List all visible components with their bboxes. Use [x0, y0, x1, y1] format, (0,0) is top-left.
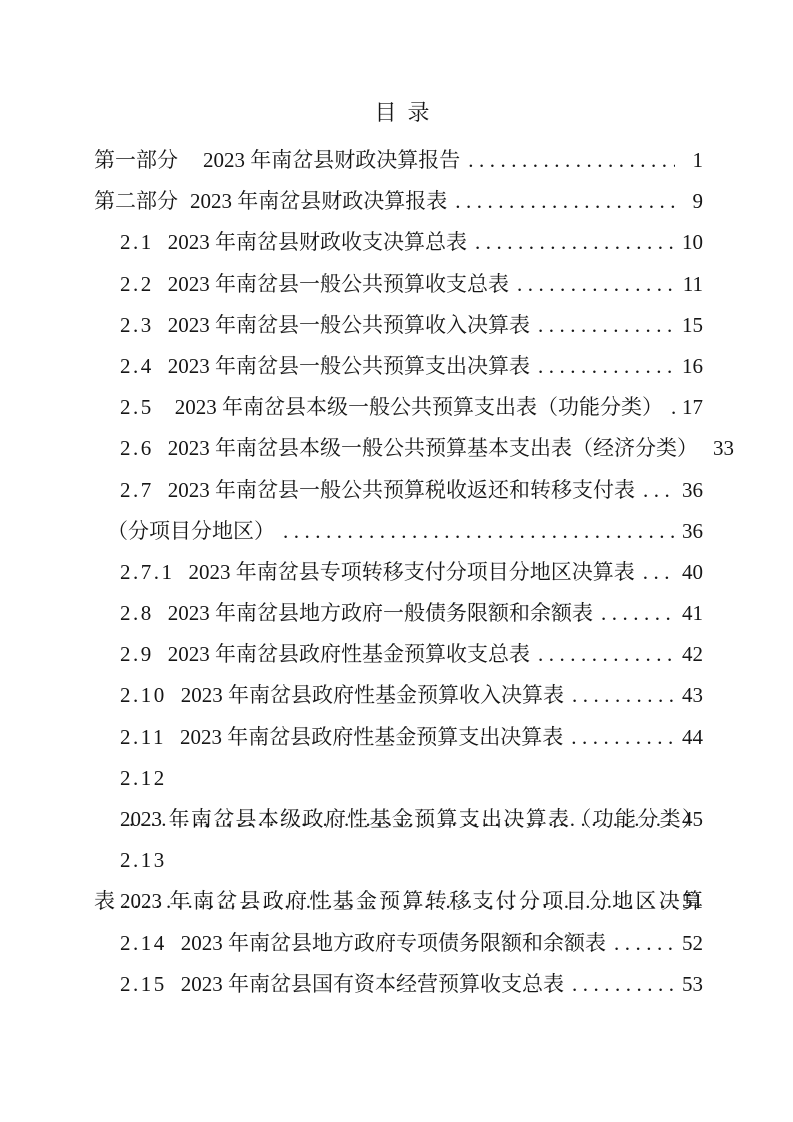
toc-entry-label: 2.3: [120, 305, 154, 346]
dot-leader: .: [671, 387, 675, 428]
toc-entry: 2.13 2023 年南岔县政府性基金预算转移支付分项目分地区决算: [94, 840, 703, 881]
toc-entry-title: 2023 年南岔县一般公共预算收入决算表: [168, 305, 530, 346]
toc-entry-page: 1: [681, 140, 703, 181]
toc-entry-page: 9: [681, 181, 703, 222]
toc-entry-title: 2023 年南岔县本级一般公共预算支出表（功能分类）: [175, 387, 663, 428]
toc-entry-page: 11: [681, 264, 703, 305]
toc-entry: 2.14 2023 年南岔县地方政府专项债务限额和余额表 ...........…: [94, 923, 703, 964]
toc-entry-label: 2.11: [120, 717, 166, 758]
dot-leader: ........................................…: [643, 470, 675, 511]
toc-entry-label: 第二部分: [94, 181, 178, 222]
toc-entry-page: 40: [681, 552, 703, 593]
toc-entry: 第二部分 2023 年南岔县财政决算报表 ...................…: [94, 181, 703, 222]
toc-entry-label: 2.2: [120, 264, 154, 305]
dot-leader: ........................................…: [643, 552, 675, 593]
toc-entry-label: 2.7.1: [120, 552, 175, 593]
dot-leader: ........................................…: [468, 140, 675, 181]
toc-entry-label: 2.6: [120, 428, 154, 469]
toc-entry-page: 36: [681, 470, 703, 511]
toc-entry: 第一部分 2023 年南岔县财政决算报告 ...................…: [94, 140, 703, 181]
toc-entry: 2.6 2023 年南岔县本级一般公共预算基本支出表（经济分类） 33: [94, 428, 703, 469]
toc-entry-label: 2.12: [120, 766, 167, 790]
toc-entry-title: 2023 年南岔县一般公共预算收支总表: [168, 264, 509, 305]
toc-entry-label: 2.8: [120, 593, 154, 634]
table-of-contents: 第一部分 2023 年南岔县财政决算报告 ...................…: [94, 140, 703, 1005]
toc-entry: 2.15 2023 年南岔县国有资本经营预算收支总表 .............…: [94, 964, 703, 1005]
toc-entry-title: 2023 年南岔县财政决算报告: [203, 140, 460, 181]
toc-entry-title: （分项目分地区）: [107, 511, 275, 552]
dot-leader: ........................................…: [538, 305, 675, 346]
toc-entry-page: 17: [681, 387, 703, 428]
toc-entry-label: 2.13: [120, 848, 167, 872]
toc-entry-continuation: 表 ......................................…: [94, 881, 703, 922]
toc-entry-label: 2.4: [120, 346, 154, 387]
toc-entry: 2.8 2023 年南岔县地方政府一般债务限额和余额表 ............…: [94, 593, 703, 634]
toc-entry-title: 2023 年南岔县政府性基金预算收入决算表: [181, 675, 564, 716]
toc-entry-title: 2023 年南岔县政府性基金预算收支总表: [168, 634, 530, 675]
toc-entry: 2.5 2023 年南岔县本级一般公共预算支出表（功能分类） . 17: [94, 387, 703, 428]
toc-entry-title: 2023 年南岔县专项转移支付分项目分地区决算表: [189, 552, 635, 593]
toc-entry-page: 43: [681, 675, 703, 716]
toc-entry-page: 36: [681, 511, 703, 552]
toc-entry-page: 33: [712, 428, 734, 469]
dot-leader: ........................................…: [601, 593, 675, 634]
toc-entry-page: 52: [681, 923, 703, 964]
toc-entry-page: 15: [681, 305, 703, 346]
document-page: 目录 第一部分 2023 年南岔县财政决算报告 ................…: [0, 0, 793, 1122]
dot-leader: ........................................…: [614, 923, 675, 964]
toc-entry-title: 2023 年南岔县政府性基金预算支出决算表: [180, 717, 563, 758]
toc-entry: 2.12 2023 年南岔县本级政府性基金预算支出决算表（功能分类）: [94, 758, 703, 799]
toc-entry-title: 2023 年南岔县财政收支决算总表: [168, 222, 467, 263]
toc-entry-label: 2.15: [120, 964, 167, 1005]
toc-entry-label: 2.1: [120, 222, 154, 263]
dot-leader: ........................................…: [517, 264, 675, 305]
toc-entry-page: 44: [681, 717, 703, 758]
toc-entry: 2.10 2023 年南岔县政府性基金预算收入决算表 .............…: [94, 675, 703, 716]
dot-leader: ........................................…: [538, 346, 675, 387]
toc-entry-title: 2023 年南岔县财政决算报表: [190, 181, 447, 222]
dot-leader: ........................................…: [538, 634, 675, 675]
dot-leader: ........................................…: [572, 964, 675, 1005]
toc-entry-label: 2.10: [120, 675, 167, 716]
dot-leader: ........................................…: [283, 511, 675, 552]
toc-entry: 2.9 2023 年南岔县政府性基金预算收支总表 ...............…: [94, 634, 703, 675]
toc-entry: 2.2 2023 年南岔县一般公共预算收支总表 ................…: [94, 264, 703, 305]
toc-entry-page: 10: [681, 222, 703, 263]
toc-entry-continuation: ........................................…: [94, 799, 703, 840]
toc-entry-title: 2023 年南岔县一般公共预算支出决算表: [168, 346, 530, 387]
toc-entry-label: 第一部分: [94, 140, 178, 181]
toc-entry-page: 16: [681, 346, 703, 387]
toc-entry: 2.11 2023 年南岔县政府性基金预算支出决算表 .............…: [94, 717, 703, 758]
toc-entry-title: 2023 年南岔县本级一般公共预算基本支出表（经济分类）: [168, 428, 698, 469]
toc-entry: 2.7 2023 年南岔县一般公共预算税收返还和转移支付表 ..........…: [94, 470, 703, 511]
dot-leader: ........................................…: [129, 799, 675, 840]
page-title: 目录: [0, 100, 793, 126]
toc-entry-page: 41: [681, 593, 703, 634]
toc-entry-page: 51: [681, 881, 703, 922]
dot-leader: ........................................…: [475, 222, 675, 263]
toc-entry: 2.3 2023 年南岔县一般公共预算收入决算表 ...............…: [94, 305, 703, 346]
toc-entry-page: 42: [681, 634, 703, 675]
dot-leader: ........................................…: [123, 881, 675, 922]
dot-leader: ........................................…: [455, 181, 675, 222]
toc-entry-label: 2.9: [120, 634, 154, 675]
toc-entry-title: 2023 年南岔县地方政府一般债务限额和余额表: [168, 593, 593, 634]
toc-entry-title: 2023 年南岔县一般公共预算税收返还和转移支付表: [168, 470, 635, 511]
toc-entry-title: 2023 年南岔县地方政府专项债务限额和余额表: [181, 923, 606, 964]
toc-entry-label: 2.14: [120, 923, 167, 964]
toc-entry-label: 2.7: [120, 470, 154, 511]
toc-entry: 2.7.1 2023 年南岔县专项转移支付分项目分地区决算表 .........…: [94, 552, 703, 593]
toc-entry-page: 53: [681, 964, 703, 1005]
toc-entry-label: 2.5: [120, 387, 154, 428]
toc-entry-continuation: （分项目分地区） ...............................…: [94, 511, 703, 552]
dot-leader: ........................................…: [572, 675, 675, 716]
toc-entry-page: 45: [681, 799, 703, 840]
toc-entry: 2.4 2023 年南岔县一般公共预算支出决算表 ...............…: [94, 346, 703, 387]
toc-entry-title: 2023 年南岔县国有资本经营预算收支总表: [181, 964, 564, 1005]
dot-leader: ........................................…: [571, 717, 675, 758]
toc-entry-title: 表: [94, 881, 115, 922]
toc-entry: 2.1 2023 年南岔县财政收支决算总表 ..................…: [94, 222, 703, 263]
